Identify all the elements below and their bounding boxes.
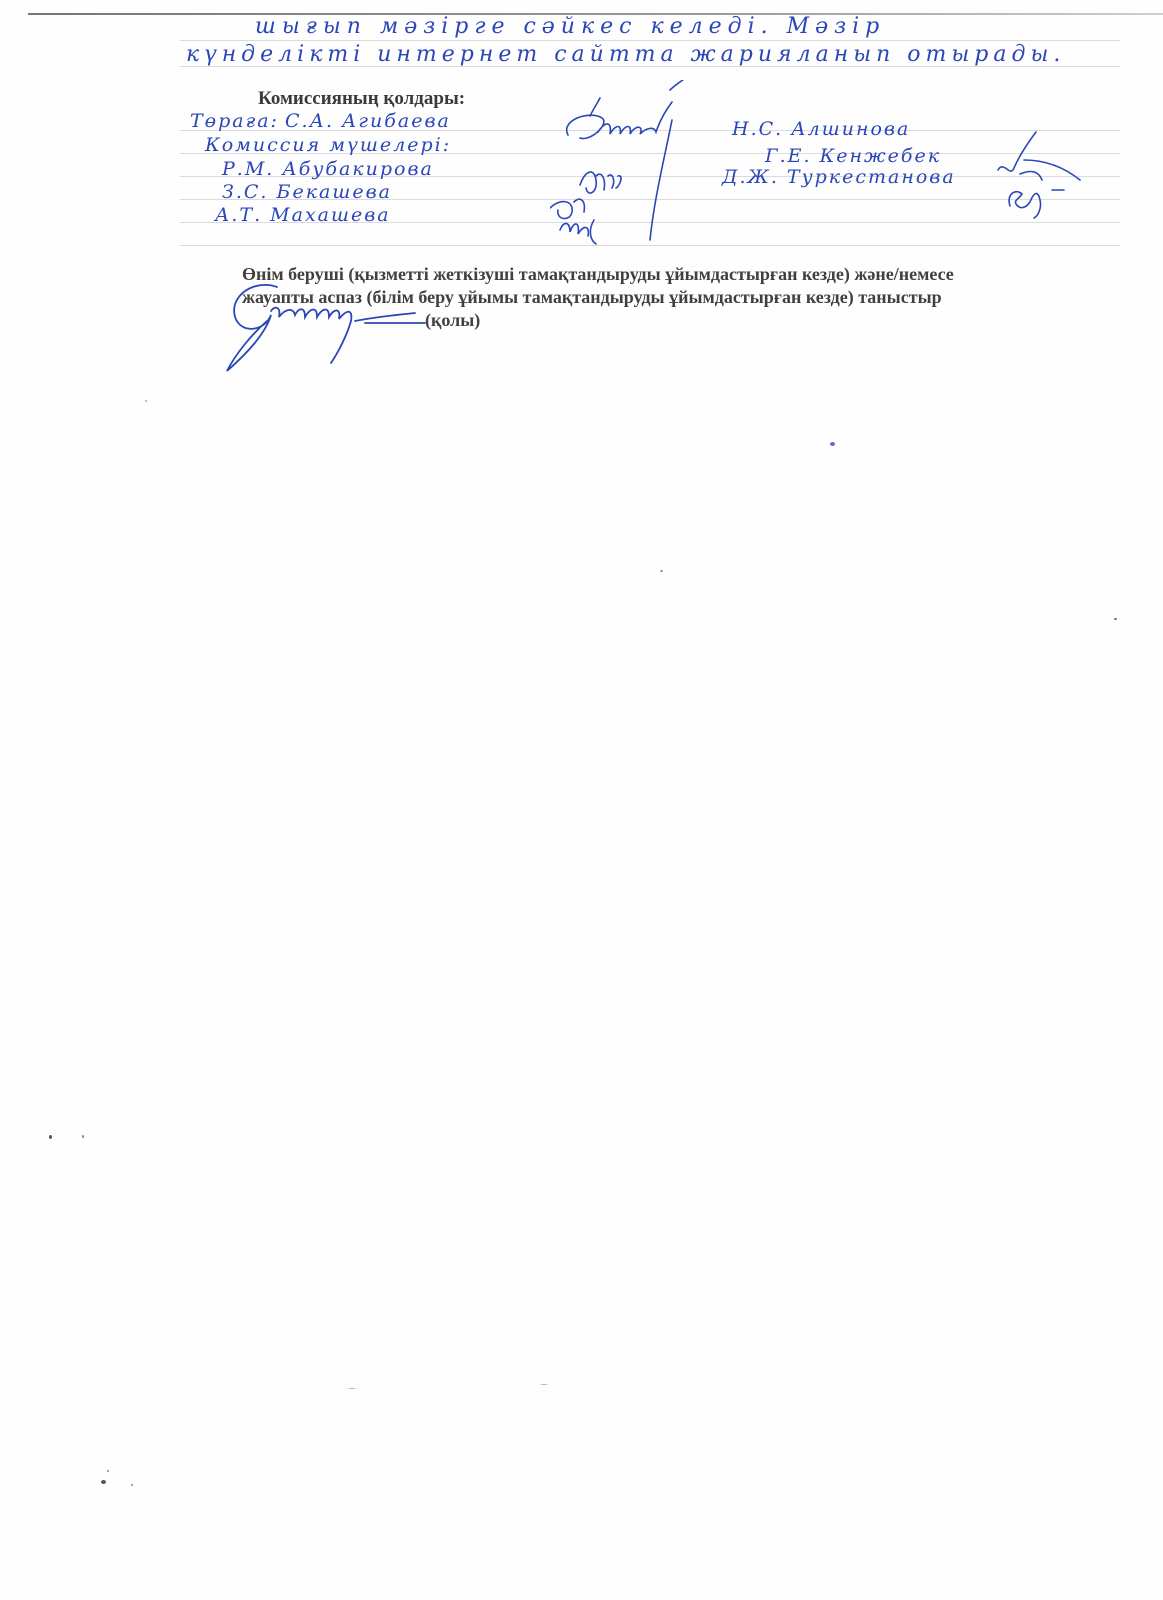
scan-speck: [540, 1384, 548, 1385]
scan-speck: [830, 442, 835, 446]
scan-speck: [660, 570, 663, 572]
handwritten-intro-line-1: шығып мәзірге сәйкес келеді. Мәзір: [255, 14, 885, 39]
member-name: Р.М. Абубакирова: [222, 158, 434, 180]
supplier-signature: [215, 275, 435, 375]
member-name: Д.Ж. Туркестанова: [722, 166, 956, 188]
chair-label: Төраға:: [190, 110, 279, 132]
scan-speck: [49, 1135, 52, 1139]
member-name: Н.С. Алшинова: [732, 118, 910, 140]
handwritten-intro-line-2: күнделікті интернет сайтта жарияланып от…: [186, 42, 1065, 67]
scan-speck: [82, 1135, 84, 1138]
members-label: Комиссия мүшелері:: [205, 134, 451, 156]
scanned-page: шығып мәзірге сәйкес келеді. Мәзір күнде…: [0, 0, 1163, 1600]
scan-speck: [1114, 618, 1117, 620]
commission-heading: Комиссияның қолдары:: [258, 88, 465, 110]
member-name: З.С. Бекашева: [222, 181, 392, 203]
scan-speck: [348, 1388, 356, 1389]
member-name: А.Т. Махашева: [215, 204, 391, 226]
scan-speck: [101, 1480, 106, 1484]
scan-speck: [107, 1470, 109, 1472]
member-name: Г.Е. Кенжебек: [765, 145, 941, 167]
chair-name: С.А. Агибаева: [285, 110, 451, 132]
scan-speck: [145, 400, 147, 402]
ruled-line: [180, 40, 1120, 41]
right-signatures: [990, 130, 1110, 220]
scan-speck: [131, 1484, 133, 1486]
commission-signatures: [550, 80, 730, 250]
